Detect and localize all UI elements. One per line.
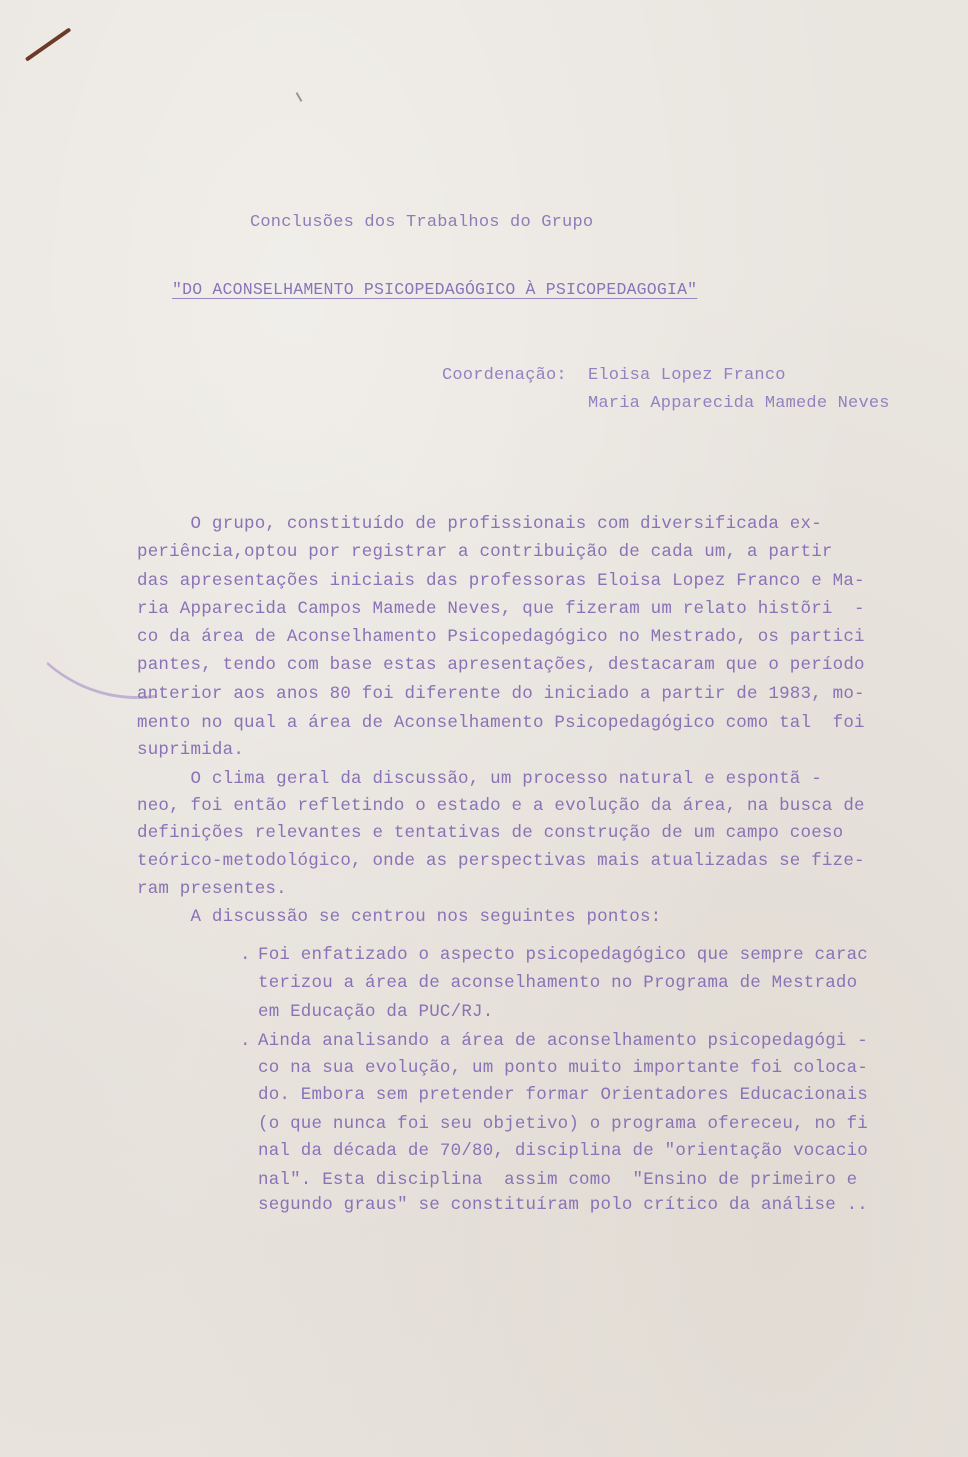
bullet-line: Ainda analisando a área de aconselhament… [258,1031,868,1051]
bullet-line: do. Embora sem pretender formar Orientad… [258,1085,868,1105]
paragraph-line: co da área de Aconselhamento Psicopedagó… [137,627,865,647]
bullet-marker: . [240,945,251,965]
paragraph-line: neo, foi então refletindo o estado e a e… [137,796,865,816]
staple-mark [25,27,72,61]
paragraph-line: mento no qual a área de Aconselhamento P… [137,713,865,733]
paragraph-line: O grupo, constituído de profissionais co… [137,514,822,534]
paragraph-line: das apresentações iniciais das professor… [137,571,865,591]
coordination-label: Coordenação: [442,366,567,386]
paragraph-line: definições relevantes e tentativas de co… [137,823,843,843]
coordinator-name: Eloisa Lopez Franco [588,366,786,386]
paper-blemish [296,92,303,102]
bullet-line: terizou a área de aconselhamento no Prog… [258,973,857,993]
bullet-line: (o que nunca foi seu objetivo) o program… [258,1114,868,1134]
paragraph-line: O clima geral da discussão, um processo … [137,769,822,789]
bullet-line: nal". Esta disciplina assim como "Ensino… [258,1170,857,1190]
bullet-marker: . [240,1031,251,1051]
bullet-line: nal da década de 70/80, disciplina de "o… [258,1141,868,1161]
bullet-line: segundo graus" se constituíram polo crít… [258,1195,868,1215]
paragraph-line: pantes, tendo com base estas apresentaçõ… [137,655,865,675]
bullet-line: co na sua evolução, um ponto muito impor… [258,1058,868,1078]
document-title: Conclusões dos Trabalhos do Grupo [250,213,593,233]
bullet-line: em Educação da PUC/RJ. [258,1002,493,1022]
paragraph-line: suprimida. [137,740,244,760]
document-page: Conclusões dos Trabalhos do Grupo "DO AC… [0,0,968,1457]
paragraph-line: periência,optou por registrar a contribu… [137,542,833,562]
document-subtitle: "DO ACONSELHAMENTO PSICOPEDAGÓGICO À PSI… [172,280,697,300]
paragraph-line: ram presentes. [137,879,287,899]
paragraph-line: A discussão se centrou nos seguintes pon… [137,907,661,927]
paragraph-line: ria Apparecida Campos Mamede Neves, que … [137,599,865,619]
coordinator-name: Maria Apparecida Mamede Neves [588,394,890,414]
margin-pen-mark [0,546,157,717]
paragraph-line: anterior aos anos 80 foi diferente do in… [137,684,865,704]
bullet-line: Foi enfatizado o aspecto psicopedagógico… [258,945,868,965]
paragraph-line: teórico-metodológico, onde as perspectiv… [137,851,865,871]
